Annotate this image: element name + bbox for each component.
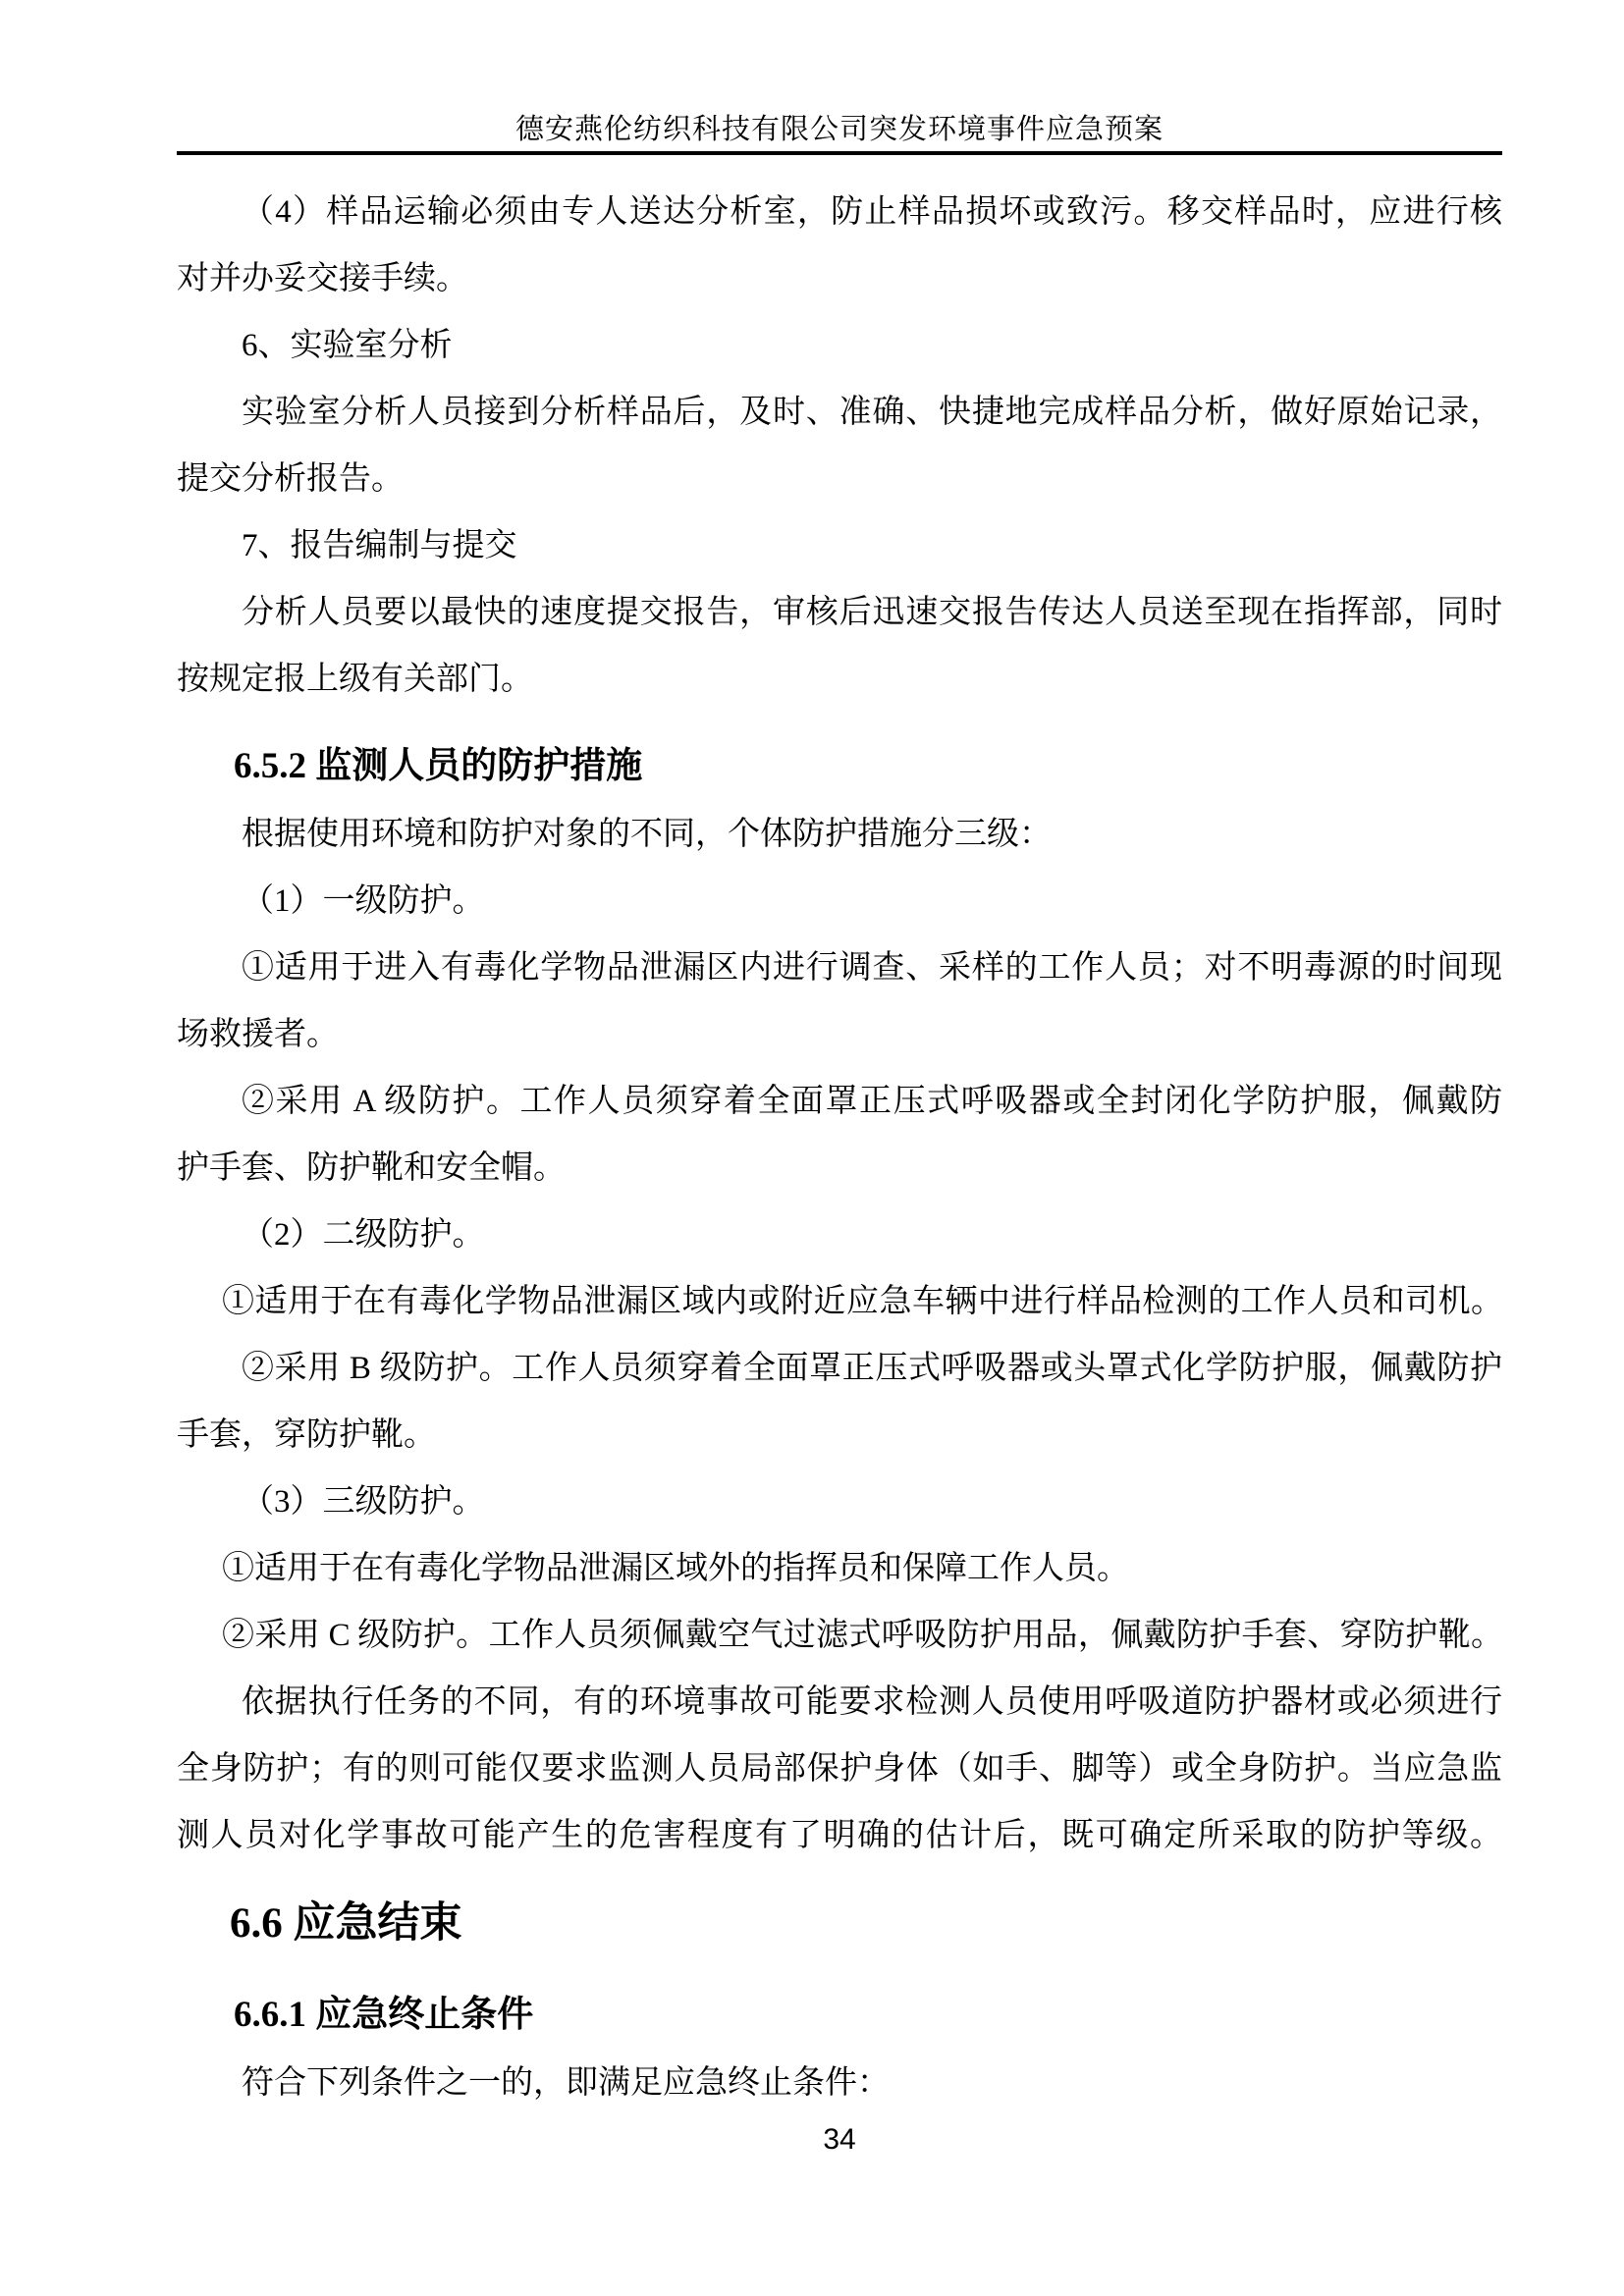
body-line: ②采用 A 级防护。工作人员须穿着全面罩正压式呼吸器或全封闭化学防护服，佩戴防 xyxy=(177,1068,1502,1135)
body-line: ②采用 B 级防护。工作人员须穿着全面罩正压式呼吸器或头罩式化学防护服，佩戴防护 xyxy=(177,1335,1502,1402)
body-line: 按规定报上级有关部门。 xyxy=(177,646,1502,713)
body-line: 测人员对化学事故可能产生的危害程度有了明确的估计后，既可确定所采取的防护等级。 xyxy=(177,1802,1502,1869)
body-line: 实验室分析人员接到分析样品后，及时、准确、快捷地完成样品分析，做好原始记录， xyxy=(177,379,1502,446)
body-line: （4）样品运输必须由专人送达分析室，防止样品损坏或致污。移交样品时，应进行核 xyxy=(177,179,1502,245)
section-heading: 6.6.1 应急终止条件 xyxy=(177,1981,1502,2050)
section-heading: 6.6 应急结束 xyxy=(177,1887,1502,1961)
body-line: 根据使用环境和防护对象的不同，个体防护措施分三级： xyxy=(177,801,1502,868)
body-line: 符合下列条件之一的，即满足应急终止条件： xyxy=(177,2050,1502,2116)
body-line: 全身防护；有的则可能仅要求监测人员局部保护身体（如手、脚等）或全身防护。当应急监 xyxy=(177,1735,1502,1802)
body-line: 提交分析报告。 xyxy=(177,446,1502,512)
body-line: （2）二级防护。 xyxy=(177,1201,1502,1268)
header-rule xyxy=(177,151,1502,155)
body-line: ①适用于在有毒化学物品泄漏区域内或附近应急车辆中进行样品检测的工作人员和司机。 xyxy=(177,1268,1502,1335)
body-line: 6、实验室分析 xyxy=(177,312,1502,379)
body-line: ①适用于进入有毒化学物品泄漏区内进行调查、采样的工作人员；对不明毒源的时间现 xyxy=(177,934,1502,1001)
section-heading: 6.5.2 监测人员的防护措施 xyxy=(177,732,1502,801)
body-line: 7、报告编制与提交 xyxy=(177,512,1502,579)
document-page: 德安燕伦纺织科技有限公司突发环境事件应急预案 （4）样品运输必须由专人送达分析室… xyxy=(0,0,1624,2296)
body-line: 依据执行任务的不同，有的环境事故可能要求检测人员使用呼吸道防护器材或必须进行 xyxy=(177,1669,1502,1735)
body-line: （3）三级防护。 xyxy=(177,1468,1502,1535)
body-line: ①适用于在有毒化学物品泄漏区域外的指挥员和保障工作人员。 xyxy=(177,1535,1502,1602)
body-line: ②采用 C 级防护。工作人员须佩戴空气过滤式呼吸防护用品，佩戴防护手套、穿防护靴… xyxy=(177,1602,1502,1669)
document-body: （4）样品运输必须由专人送达分析室，防止样品损坏或致污。移交样品时，应进行核对并… xyxy=(177,179,1502,2116)
page-header-title: 德安燕伦纺织科技有限公司突发环境事件应急预案 xyxy=(177,0,1502,149)
body-line: 护手套、防护靴和安全帽。 xyxy=(177,1135,1502,1201)
body-line: 对并办妥交接手续。 xyxy=(177,245,1502,312)
body-line: 分析人员要以最快的速度提交报告，审核后迅速交报告传达人员送至现在指挥部，同时 xyxy=(177,579,1502,646)
content-area: 德安燕伦纺织科技有限公司突发环境事件应急预案 （4）样品运输必须由专人送达分析室… xyxy=(177,0,1502,2160)
body-line: （1）一级防护。 xyxy=(177,868,1502,934)
page-number: 34 xyxy=(177,2120,1502,2160)
body-line: 手套，穿防护靴。 xyxy=(177,1402,1502,1468)
body-line: 场救援者。 xyxy=(177,1001,1502,1068)
